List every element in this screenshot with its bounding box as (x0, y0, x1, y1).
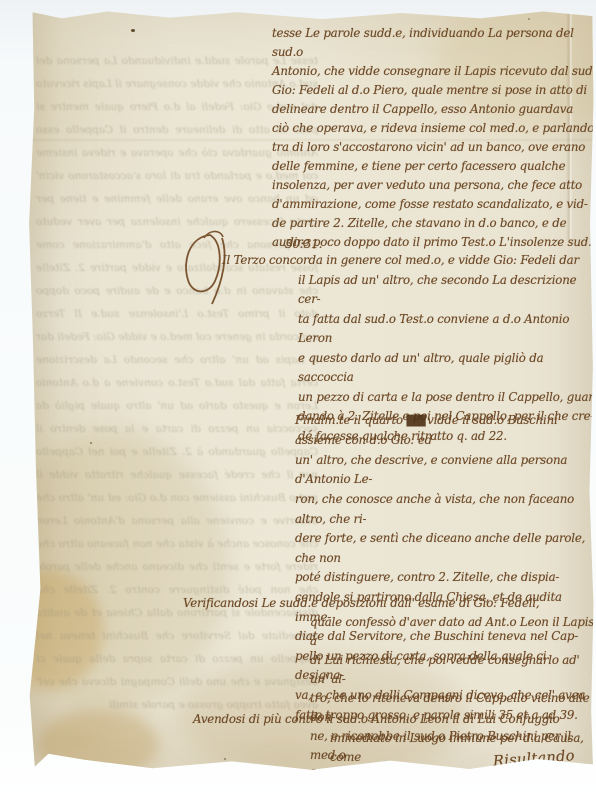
ink-speck (224, 758, 226, 760)
manuscript-page: tesse Le parole sudd.e individuando La p… (28, 10, 594, 772)
struck-out-word: ███ (406, 416, 423, 427)
paragraph-3-text-start: Finalm.te il quarto (295, 413, 406, 427)
document-scan: tesse Le parole sudd.e individuando La p… (0, 0, 596, 800)
manuscript-paragraph-5: Avendosi di più contro il sud.o Antonio … (330, 710, 596, 786)
marginal-reference: 30:31. (285, 237, 322, 251)
paper-stain (0, 570, 103, 690)
paper-stain (38, 710, 158, 780)
ink-speck (528, 18, 530, 20)
ink-speck (90, 442, 92, 444)
paper-stain (0, 430, 228, 710)
manuscript-paragraph-1: tesse Le parole sudd.e, individuando La … (272, 24, 596, 252)
ink-speck (131, 29, 135, 32)
